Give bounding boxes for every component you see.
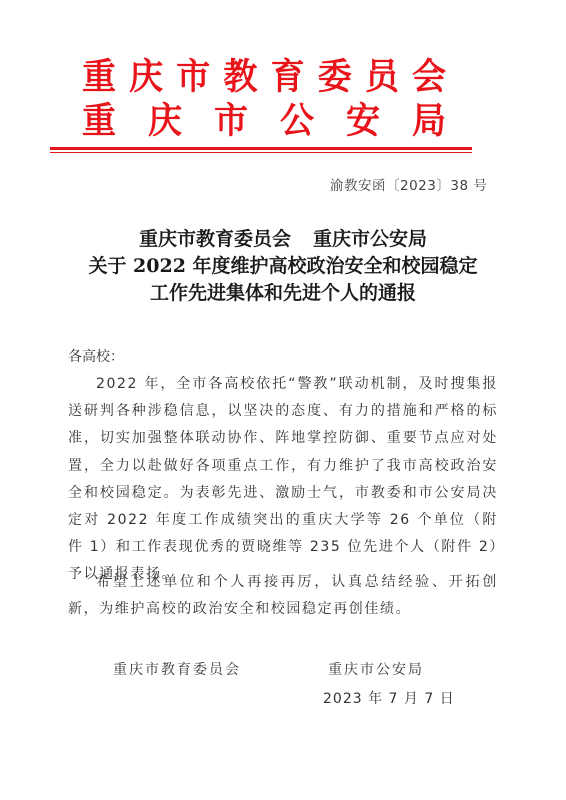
document-title: 重庆市教育委员会重庆市公安局 关于 2022 年度维护高校政治安全和校园稳定 工… [0, 226, 566, 307]
title-issuer-1: 重庆市教育委员会 [139, 228, 291, 250]
signature-education-commission: 重庆市教育委员会 [113, 659, 241, 679]
body-paragraph-2: 希望上述单位和个人再接再厉，认真总结经验、开拓创新，为维护高校的政治安全和校园稳… [68, 569, 498, 623]
letterhead-char: 庆 [148, 101, 182, 141]
letterhead-char: 市 [176, 57, 210, 97]
letterhead-char: 重 [82, 57, 116, 97]
letterhead-char: 员 [365, 57, 399, 97]
letterhead-char: 市 [214, 101, 248, 141]
letterhead-char: 重 [82, 101, 116, 141]
title-line-2: 关于 2022 年度维护高校政治安全和校园稳定 [0, 253, 566, 280]
letterhead-char: 庆 [129, 57, 163, 97]
letterhead-char: 会 [412, 57, 446, 97]
letterhead-char: 公 [280, 101, 314, 141]
letterhead-divider-thin [50, 152, 472, 153]
paragraph-text: 希望上述单位和个人再接再厉，认真总结经验、开拓创新，为维护高校的政治安全和校园稳… [68, 569, 498, 623]
title-issuers: 重庆市教育委员会重庆市公安局 [0, 226, 566, 253]
signature-public-security-bureau: 重庆市公安局 [328, 659, 424, 679]
letterhead-char: 委 [318, 57, 352, 97]
letterhead-education-commission: 重 庆 市 教 育 委 员 会 [82, 58, 446, 96]
body-paragraph-1: 2022 年，全市各高校依托“警教”联动机制，及时搜集报送研判各种涉稳信息，以坚… [68, 371, 498, 589]
title-issuer-2: 重庆市公安局 [313, 228, 427, 250]
letterhead-char: 局 [412, 101, 446, 141]
letterhead-public-security-bureau: 重 庆 市 公 安 局 [82, 102, 446, 140]
letterhead-divider-thick [50, 147, 472, 150]
signature-date: 2023 年 7 月 7 日 [323, 688, 455, 708]
salutation: 各高校： [68, 344, 498, 371]
title-line-3: 工作先进集体和先进个人的通报 [0, 280, 566, 307]
letterhead-char: 育 [271, 57, 305, 97]
letterhead-char: 安 [346, 101, 380, 141]
paragraph-text: 2022 年，全市各高校依托“警教”联动机制，及时搜集报送研判各种涉稳信息，以坚… [68, 371, 498, 589]
document-number: 渝教安函〔2023〕38 号 [330, 174, 487, 194]
letterhead-char: 教 [223, 57, 257, 97]
